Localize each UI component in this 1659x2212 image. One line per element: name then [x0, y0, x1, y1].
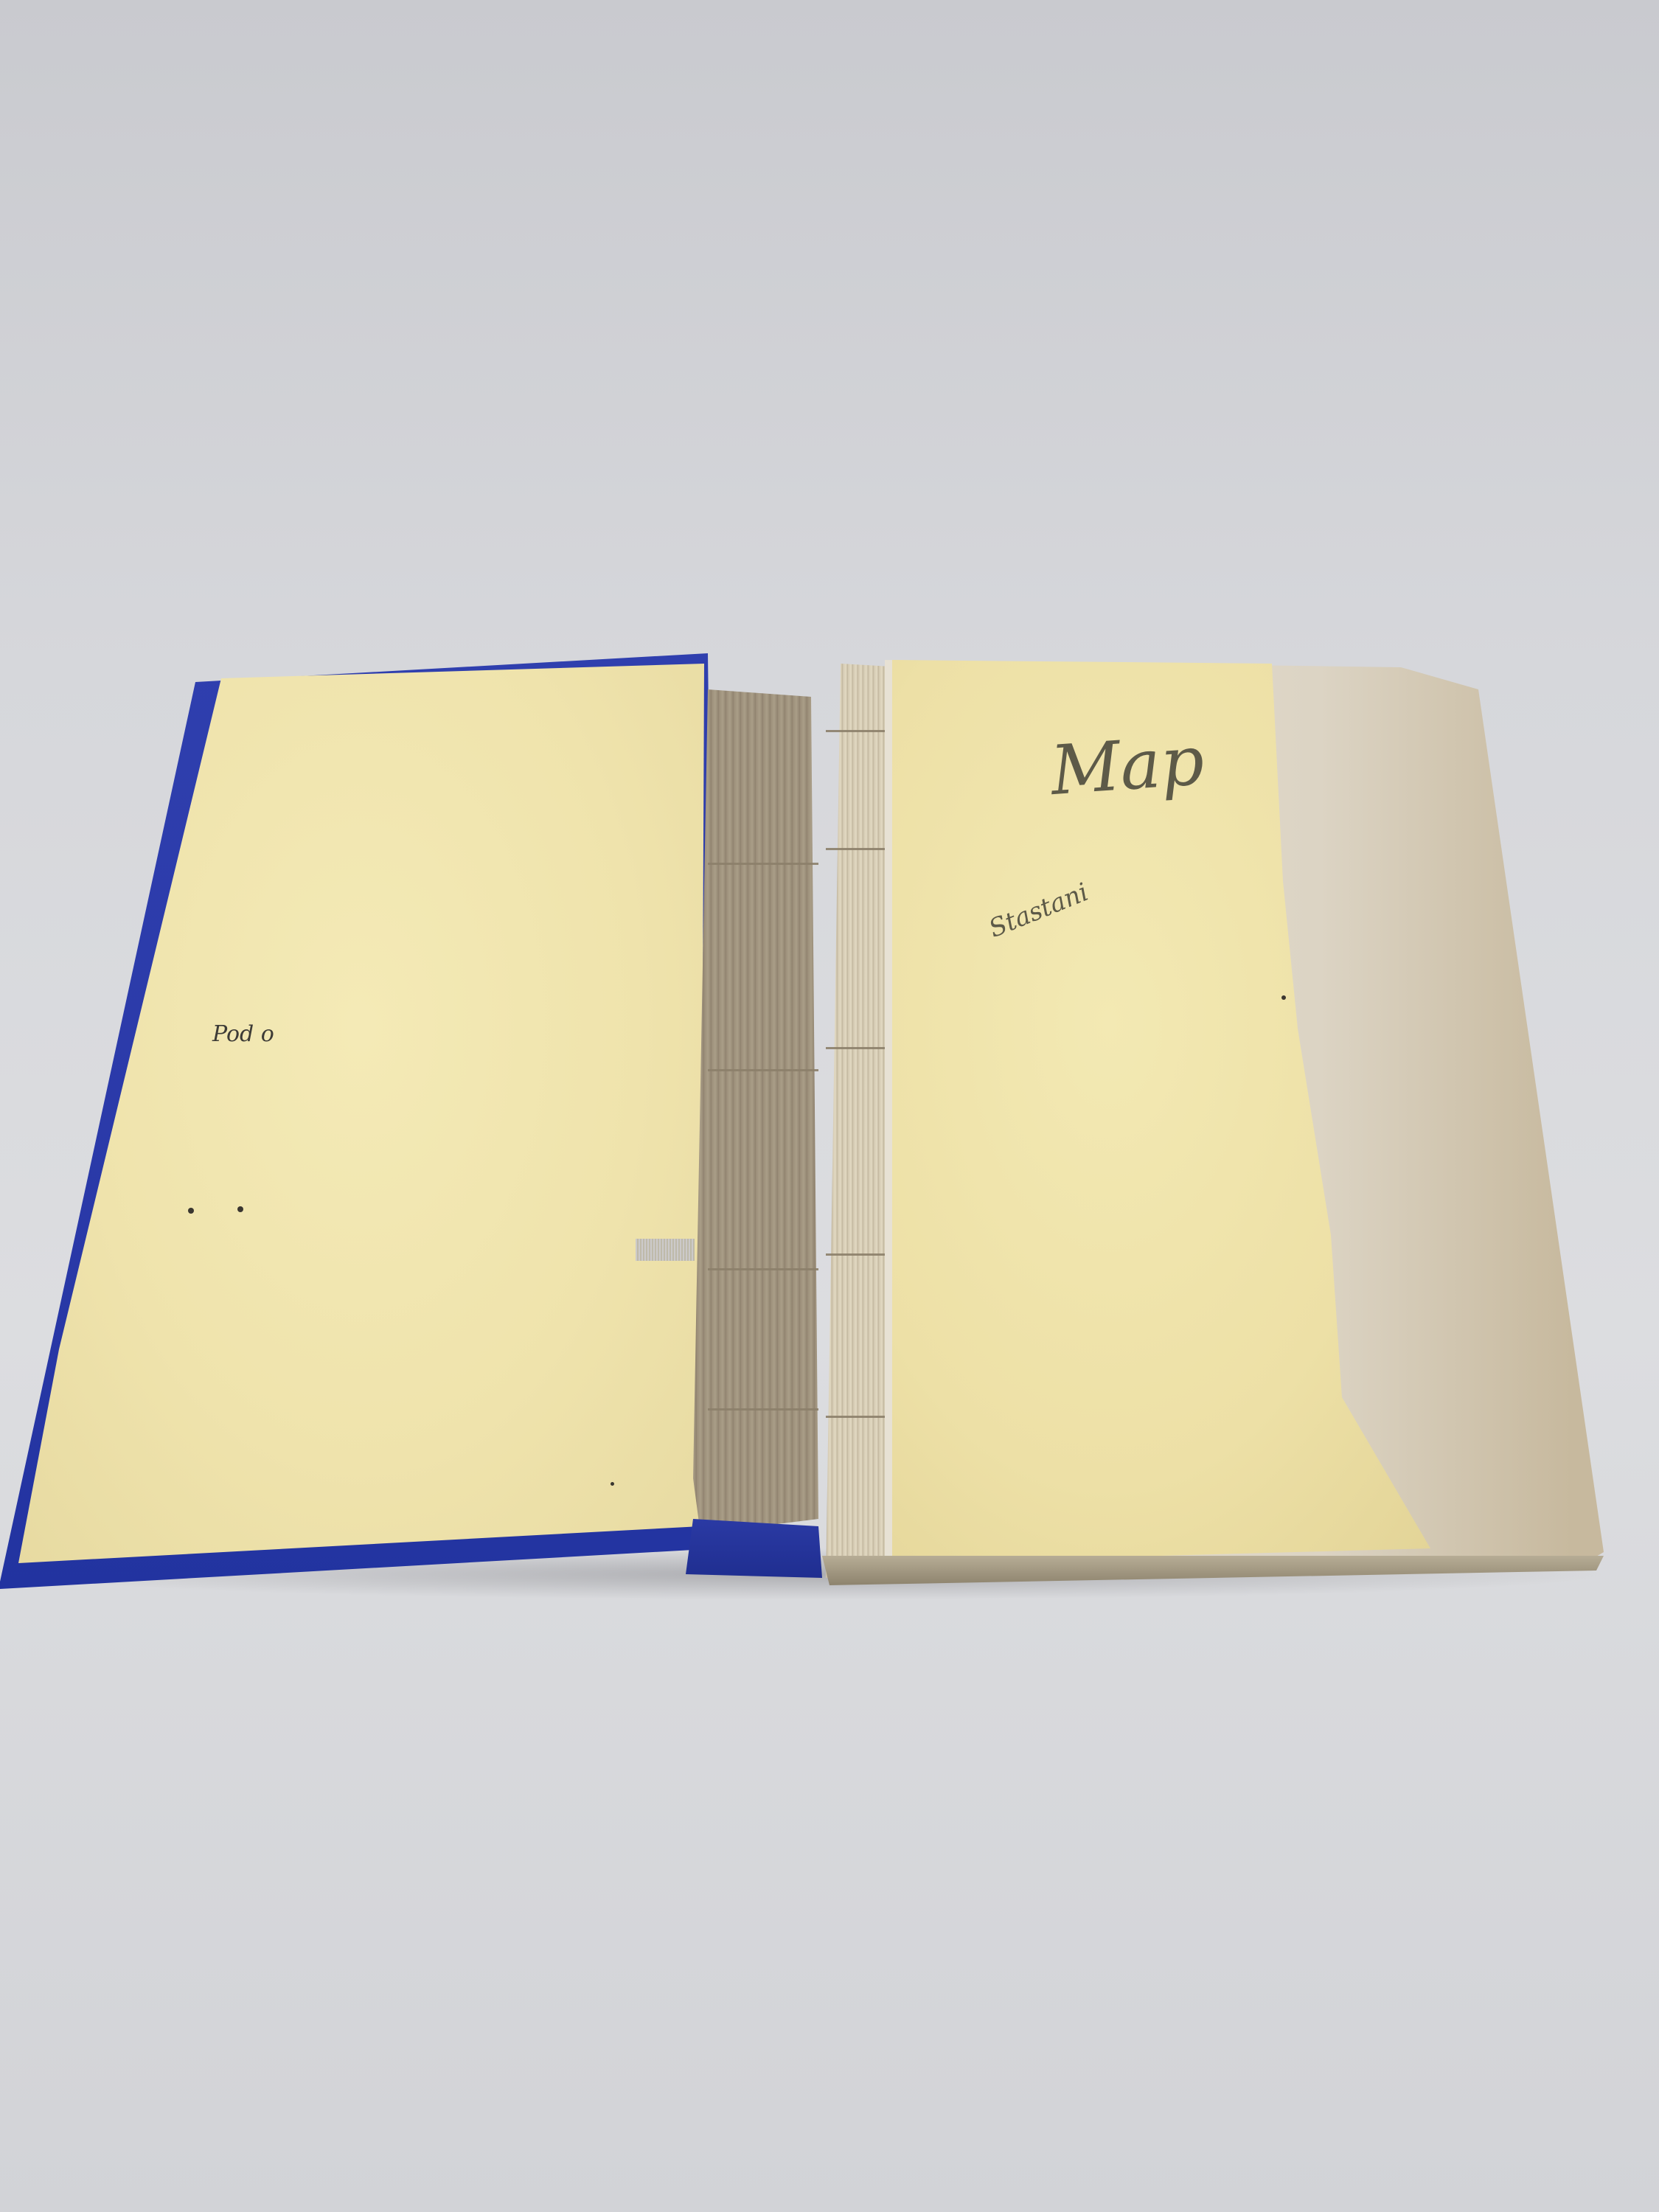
sewing-thread [708, 1069, 818, 1071]
sewing-thread [708, 1268, 818, 1270]
ink-speck [611, 1482, 614, 1486]
handwritten-map-note: Map [1048, 721, 1207, 810]
mull-gauze-strip [636, 1239, 695, 1261]
spine-cloth-fragment [686, 1519, 822, 1578]
ink-speck [1281, 995, 1286, 1000]
book-photo: Map Stastani Pod o [0, 0, 1659, 2212]
sewing-thread [708, 1408, 818, 1411]
sewing-thread [708, 863, 818, 865]
ink-speck [237, 1206, 243, 1212]
pencil-note: Pod o [212, 1021, 274, 1047]
ink-speck [188, 1208, 194, 1214]
exposed-spine-lining [689, 682, 822, 1567]
